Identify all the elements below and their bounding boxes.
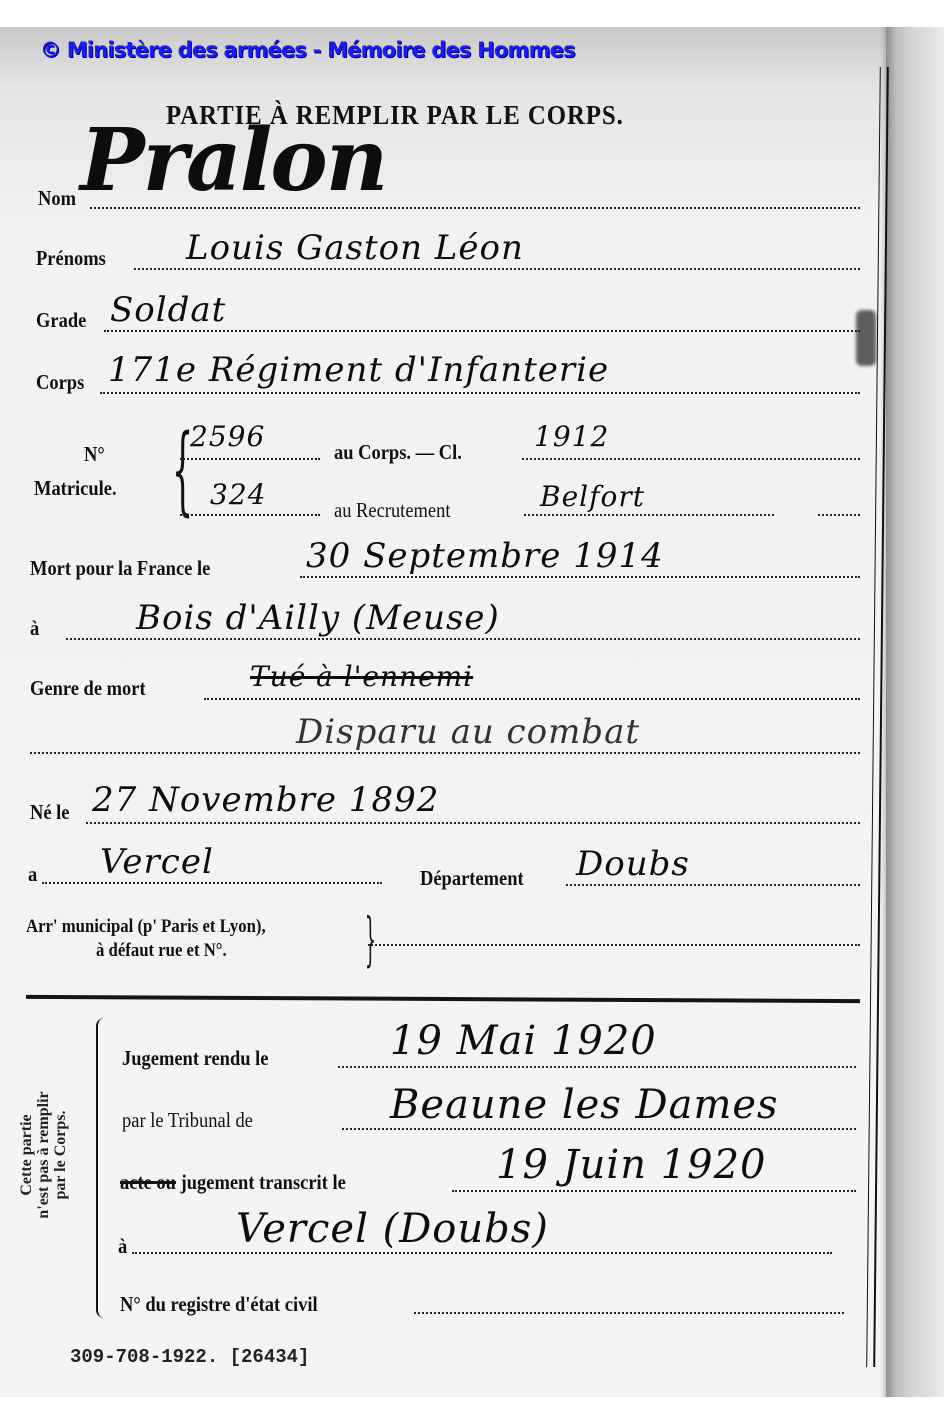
prenoms-value: Louis Gaston Léon bbox=[186, 228, 524, 268]
ne-le-label: Né le bbox=[30, 800, 70, 825]
corps-number-value: 2596 bbox=[190, 420, 265, 453]
corps-dots bbox=[100, 392, 860, 394]
lieu-label: à bbox=[30, 616, 39, 641]
corps-label: Corps bbox=[36, 370, 84, 395]
transcrit-label: acte ou jugement transcrit le bbox=[120, 1170, 346, 1195]
copyright-watermark: © Ministère des armées - Mémoire des Hom… bbox=[40, 38, 575, 62]
tribunal-dots bbox=[342, 1128, 856, 1130]
genre-mort-label: Genre de mort bbox=[30, 676, 146, 701]
mort-dots bbox=[300, 576, 860, 578]
side-note-line-1: Cette partie bbox=[18, 1010, 35, 1300]
print-reference: 309-708-1922. [26434] bbox=[70, 1346, 309, 1368]
nom-label: Nom bbox=[38, 186, 76, 211]
lieu-value: Bois d'Ailly (Meuse) bbox=[136, 598, 500, 638]
side-note: Cette partie n'est pas à remplir par le … bbox=[18, 1010, 69, 1300]
tribunal-label: par le Tribunal de bbox=[122, 1108, 253, 1133]
corps-number-dots bbox=[180, 458, 320, 460]
recrutement-value: Belfort bbox=[540, 480, 645, 513]
transcrit-dots bbox=[452, 1190, 856, 1192]
departement-value: Doubs bbox=[576, 844, 690, 884]
arrondissement-label-1: Arr' municipal (p' Paris et Lyon), bbox=[26, 916, 266, 938]
corps-class-label: au Corps. — Cl. bbox=[334, 440, 462, 465]
grade-label: Grade bbox=[36, 308, 86, 333]
jugement-rendu-dots bbox=[338, 1066, 856, 1068]
jugement-lieu-dots bbox=[132, 1252, 832, 1254]
prenoms-label: Prénoms bbox=[36, 246, 106, 271]
class-dots bbox=[522, 458, 860, 460]
matricule-label: Matricule. bbox=[34, 476, 117, 501]
registre-label: N° du registre d'état civil bbox=[120, 1292, 318, 1317]
transcrit-label-text: jugement transcrit le bbox=[181, 1170, 346, 1194]
corps-value: 171e Régiment d'Infanterie bbox=[108, 350, 609, 390]
side-note-line-2: n'est pas à remplir bbox=[35, 1010, 52, 1300]
recrutement-dots-2 bbox=[818, 514, 860, 516]
transcrit-value: 19 Juin 1920 bbox=[496, 1142, 766, 1188]
genre-mort-struck-value: Tué à l'ennemi bbox=[250, 660, 473, 693]
arrondissement-dots bbox=[368, 944, 860, 946]
ne-a-label: a bbox=[28, 862, 37, 887]
recrutement-number-dots bbox=[180, 514, 320, 516]
grade-value: Soldat bbox=[110, 290, 226, 330]
ne-le-dots bbox=[86, 822, 860, 824]
recrutement-number-value: 324 bbox=[210, 478, 266, 511]
torn-edge bbox=[880, 27, 944, 1397]
registre-dots bbox=[414, 1312, 844, 1314]
recrutement-label: au Recrutement bbox=[334, 498, 450, 523]
jugement-lieu-label: à bbox=[118, 1234, 127, 1259]
genre-mort-value: Disparu au combat bbox=[296, 712, 640, 752]
ne-le-value: 27 Novembre 1892 bbox=[92, 780, 439, 820]
mort-label: Mort pour la France le bbox=[30, 556, 210, 581]
jugement-lieu-value: Vercel (Doubs) bbox=[236, 1206, 549, 1252]
lieu-dots bbox=[66, 638, 860, 640]
transcrit-struck-label: acte ou bbox=[120, 1170, 176, 1194]
departement-label: Département bbox=[420, 866, 524, 891]
nom-value: Pralon bbox=[80, 110, 386, 211]
jugement-brace bbox=[96, 1018, 108, 1318]
genre-mort-dots-2 bbox=[30, 752, 860, 754]
mort-value: 30 Septembre 1914 bbox=[306, 536, 664, 576]
class-value: 1912 bbox=[534, 420, 609, 453]
genre-mort-dots bbox=[204, 698, 860, 700]
departement-dots bbox=[566, 884, 860, 886]
recrutement-dots bbox=[524, 514, 774, 516]
jugement-rendu-value: 19 Mai 1920 bbox=[390, 1018, 657, 1064]
ink-stain bbox=[856, 310, 876, 366]
jugement-rendu-label: Jugement rendu le bbox=[122, 1046, 268, 1071]
arrondissement-brace: } bbox=[365, 910, 376, 968]
arrondissement-label-2: à défaut rue et N°. bbox=[96, 940, 227, 962]
grade-dots bbox=[104, 330, 860, 332]
prenoms-dots bbox=[134, 268, 860, 270]
matricule-label-no: N° bbox=[84, 442, 105, 467]
ne-a-dots bbox=[42, 882, 382, 884]
side-note-line-3: par le Corps. bbox=[52, 1010, 69, 1300]
tribunal-value: Beaune les Dames bbox=[390, 1082, 779, 1128]
ne-a-value: Vercel bbox=[100, 842, 214, 882]
